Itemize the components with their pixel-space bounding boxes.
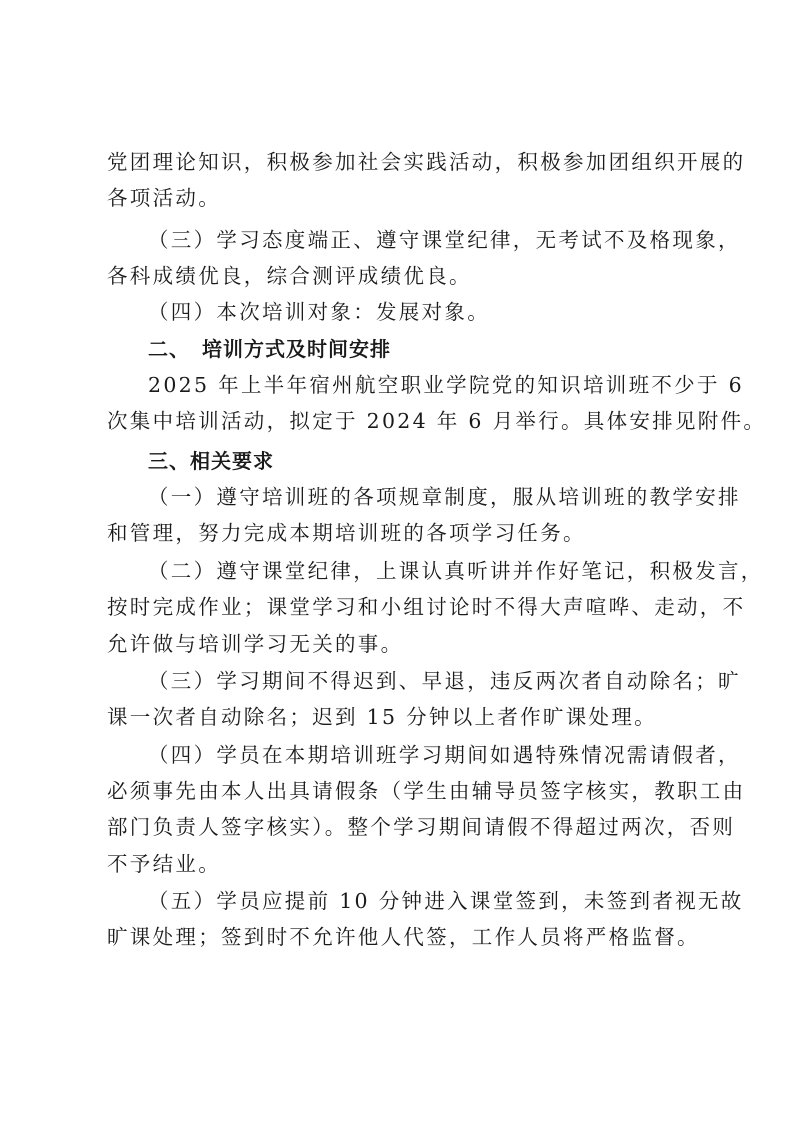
paragraph-line: 必须事先由本人出具请假条（学生由辅导员签字核实，教职工由 xyxy=(107,773,693,809)
paragraph-line: 按时完成作业；课堂学习和小组讨论时不得大声喧哗、走动，不 xyxy=(107,589,693,625)
paragraph-line: （三）学习态度端正、遵守课堂纪律，无考试不及格现象， xyxy=(148,222,693,258)
paragraph-line: 和管理，努力完成本期培训班的各项学习任务。 xyxy=(107,515,693,551)
paragraph-line: （一）遵守培训班的各项规章制度，服从培训班的教学安排 xyxy=(148,479,693,515)
paragraph-line: （四）本次培训对象：发展对象。 xyxy=(148,294,693,330)
section-heading-2: 二、培训方式及时间安排 xyxy=(148,331,693,367)
document-page: 党团理论知识，积极参加社会实践活动，积极参加团组织开展的 各项活动。 （三）学习… xyxy=(0,0,793,1122)
paragraph-line: 各项活动。 xyxy=(107,180,693,216)
paragraph-line: 次集中培训活动，拟定于 2024 年 6 月举行。具体安排见附件。 xyxy=(107,403,693,439)
paragraph-line: 课一次者自动除名；迟到 15 分钟以上者作旷课处理。 xyxy=(107,699,693,735)
paragraph-line: 部门负责人签字核实）。整个学习期间请假不得超过两次，否则 xyxy=(107,809,693,845)
heading-title: 培训方式及时间安排 xyxy=(202,337,391,361)
paragraph-line: 旷课处理；签到时不允许他人代签，工作人员将严格监督。 xyxy=(107,919,693,955)
heading-title: 相关要求 xyxy=(190,449,274,473)
paragraph-line: 2025 年上半年宿州航空职业学院党的知识培训班不少于 6 xyxy=(148,367,693,403)
paragraph-line: 党团理论知识，积极参加社会实践活动，积极参加团组织开展的 xyxy=(107,144,693,180)
paragraph-line: （三）学习期间不得迟到、早退，违反两次者自动除名；旷 xyxy=(148,663,693,699)
paragraph-line: （四）学员在本期培训班学习期间如遇特殊情况需请假者， xyxy=(148,737,693,773)
section-heading-3: 三、相关要求 xyxy=(148,443,693,479)
paragraph-line: （二）遵守课堂纪律，上课认真听讲并作好笔记，积极发言， xyxy=(148,553,693,589)
paragraph-line: （五）学员应提前 10 分钟进入课堂签到，未签到者视无故 xyxy=(148,883,693,919)
heading-number: 二、 xyxy=(148,337,190,361)
paragraph-line: 各科成绩优良，综合测评成绩优良。 xyxy=(107,258,693,294)
paragraph-line: 允许做与培训学习无关的事。 xyxy=(107,626,693,662)
heading-number: 三、 xyxy=(148,449,190,473)
paragraph-line: 不予结业。 xyxy=(107,846,693,882)
